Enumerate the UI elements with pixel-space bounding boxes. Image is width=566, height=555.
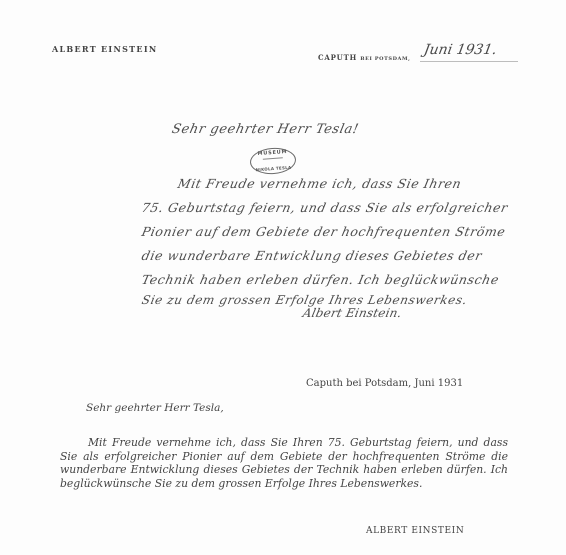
handwritten-line: 75. Geburtstag feiern, und dass Sie als … [140,200,509,215]
stamp-bottom-text: NIKOLA TESLA [251,164,295,172]
handwritten-signature: Albert Einstein. [302,306,404,320]
letter-page: ALBERT EINSTEIN CAPUTH BEI POTSDAM, Juni… [0,0,566,555]
handwritten-line: Technik haben erleben dürfen. Ich beglüc… [140,272,500,287]
stamp-divider [263,157,283,159]
handwritten-line: Pionier auf dem Gebiete der hochfrequent… [140,224,507,239]
stamp-top-text: MUSEUM [250,148,294,157]
handwritten-line: Mit Freude vernehme ich, dass Sie Ihren [176,176,463,191]
letterhead-name: ALBERT EINSTEIN [52,44,157,54]
letterhead-place-main: CAPUTH [318,53,357,62]
date-underline [420,61,518,62]
handwritten-salutation: Sehr geehrter Herr Tesla! [170,122,360,137]
handwritten-date: Juni 1931. [423,42,498,58]
transcription-signature: ALBERT EINSTEIN [366,526,464,536]
transcription-place-date: Caputh bei Potsdam, Juni 1931 [306,378,463,389]
transcription-body: Mit Freude vernehme ich, dass Sie Ihren … [60,436,508,490]
letterhead-place: CAPUTH BEI POTSDAM, [318,53,411,62]
museum-stamp: MUSEUM NIKOLA TESLA [249,146,297,175]
handwritten-line: Sie zu dem grossen Erfolge Ihres Lebensw… [141,293,469,307]
letterhead-place-small: BEI POTSDAM, [360,56,410,62]
transcription-salutation: Sehr geehrter Herr Tesla, [86,402,224,414]
handwritten-line: die wunderbare Entwicklung dieses Gebiet… [140,248,483,263]
